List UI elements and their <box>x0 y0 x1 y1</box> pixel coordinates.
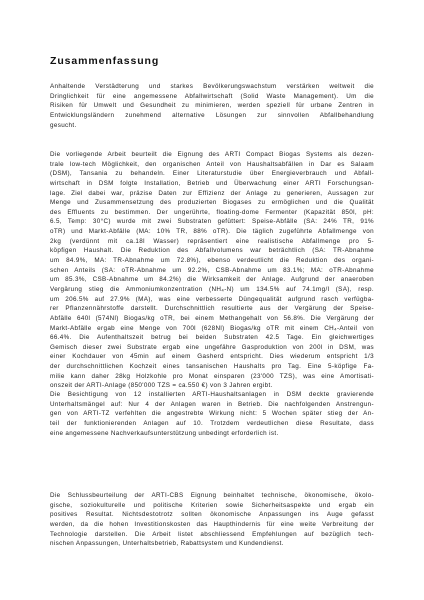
paragraph-method-results: Die vorliegende Arbeit beurteilt die Eig… <box>50 150 374 391</box>
text-line: Gemisch dieser zwei Substrate ergab eine… <box>50 343 374 353</box>
text-line: rer Pflanzennährstoffe darstellt. Durchs… <box>50 304 374 314</box>
paragraph-intro: Anhaltende Verstädterung und starkes Bev… <box>50 82 374 130</box>
text-line: eine angemessene Nachverkaufsunterstützu… <box>50 429 374 439</box>
text-line: lage. Ziel dabei war, präzise Daten zur … <box>50 189 374 199</box>
text-line: teil der funktionierenden Anlagen auf 10… <box>50 419 374 429</box>
text-line: Anhaltende Verstädterung und starkes Bev… <box>50 82 374 92</box>
text-line: Die vorliegende Arbeit beurteilt die Eig… <box>50 150 374 160</box>
text-line: einer Kochdauer von 45min auf einem Gash… <box>50 352 374 362</box>
text-line: werden, da die hohen Investitionskosten … <box>50 520 374 530</box>
text-line: 2kg (verdünnt mit ca.18l Wasser) repräse… <box>50 237 374 247</box>
text-line: positives Resultat. Nichtsdestotrotz sol… <box>50 510 374 520</box>
text-line: 66.4%. Die Aufenthaltszeit betrug bei be… <box>50 333 374 343</box>
text-line: köpfigen Haushalt. Die Reduktion des Abf… <box>50 246 374 256</box>
text-line: Menge und Zusammensetzung des produziert… <box>50 198 374 208</box>
text-line: Dringlichkeit für eine angemessene Abfal… <box>50 92 374 102</box>
text-line: Technologie darstellen. Die Arbeit liste… <box>50 530 374 540</box>
text-line: Vergärung stieg die Ammoniumkonzentratio… <box>50 285 374 295</box>
page-title: Zusammenfassung <box>50 55 159 67</box>
text-line: oTR) und Markt-Abfälle (MA: 10% TR, 88% … <box>50 227 374 237</box>
text-line: Die Schlussbeurteilung der ARTI-CBS Eign… <box>50 491 374 501</box>
text-line: milie kann daher 28kg Holzkohle pro Mona… <box>50 372 374 382</box>
text-line: (DSM), Tansania zu behandeln. Einer Lite… <box>50 169 374 179</box>
text-line: gische, soziokulturelle und politische K… <box>50 501 374 511</box>
text-line: Markt-Abfälle ergab eine Menge von 700l … <box>50 324 374 334</box>
text-line: Abfälle 640l (574Nl) Biogas/kg oTR, bei … <box>50 314 374 324</box>
text-line: wirtschaft in DSM folgte Installation, B… <box>50 179 374 189</box>
text-line: Entwicklungsländern zunehmend alternativ… <box>50 111 374 121</box>
text-line: um 84.9%, MA: TR-Abnahme um 72.8%), eben… <box>50 256 374 266</box>
paragraph-conclusion: Die Schlussbeurteilung der ARTI-CBS Eign… <box>50 491 374 549</box>
text-line: Unterhaltsmängel auf: Nur 4 der Anlagen … <box>50 400 374 410</box>
text-line: trale low-tech Möglichkeit, den organisc… <box>50 160 374 170</box>
paragraph-site-visits: Die Besichtigung von 12 installierten AR… <box>50 390 374 438</box>
text-line: der durchschnittlichen Kochzeit eines ta… <box>50 362 374 372</box>
text-line: um 85.3%, CSB-Abnahme um 84.2%) die Wirk… <box>50 275 374 285</box>
text-line: des Effluents zu bestimmen. Der ungerühr… <box>50 208 374 218</box>
text-line: schen Anteils (SA: oTR-Abnahme um 92.2%,… <box>50 266 374 276</box>
text-line: nischen Anpassungen, Unterhaltsbetrieb, … <box>50 539 374 549</box>
text-line: Die Besichtigung von 12 installierten AR… <box>50 390 374 400</box>
text-line: gen von ARTI-TZ verfehlten die angestreb… <box>50 409 374 419</box>
text-line: Risiken für Umwelt und Gesundheit zu min… <box>50 101 374 111</box>
text-line: um 206.5% auf 27.9% (MA), was eine verbe… <box>50 295 374 305</box>
text-line: 6.5, Temp: 30°C) wurde mit zwei Substrat… <box>50 217 374 227</box>
text-line: gesucht. <box>50 121 374 131</box>
